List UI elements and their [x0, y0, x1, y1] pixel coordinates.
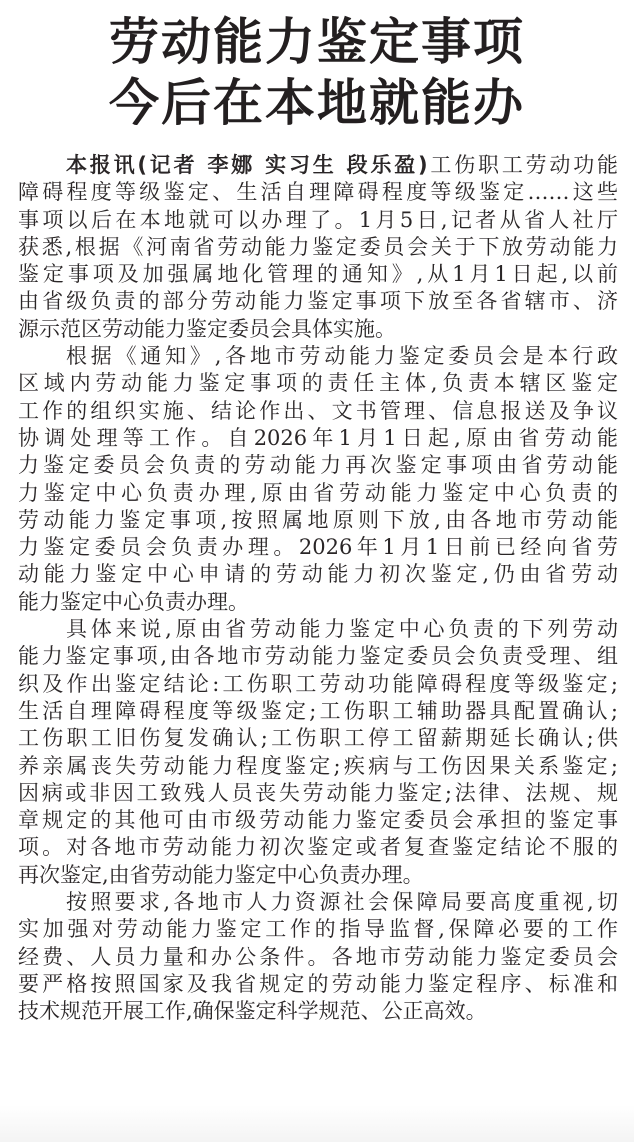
- text-line: 动能力鉴定中心申请的劳动能力初次鉴定,仍由省劳动: [18, 561, 618, 588]
- text-line: 障碍程度等级鉴定、生活自理障碍程度等级鉴定……这些: [18, 179, 618, 206]
- text-line: 因病或非因工致残人员丧失劳动能力鉴定;法律、法规、规: [18, 780, 618, 807]
- text-line: 按照要求,各地市人力资源社会保障局要高度重视,切: [18, 889, 618, 916]
- byline: 本报讯(记者 李娜 实习生 段乐盈): [66, 153, 428, 177]
- text-line: 再次鉴定,由省劳动能力鉴定中心负责办理。: [18, 862, 618, 889]
- text-line: 实加强对劳动能力鉴定工作的指导监督,保障必要的工作: [18, 916, 618, 943]
- text-line: 力鉴定委员会负责的劳动能力再次鉴定事项由省劳动能: [18, 452, 618, 479]
- text-line: 协调处理等工作。自2026年1月1日起,原由省劳动能: [18, 425, 618, 452]
- text-line: 项。对各地市劳动能力初次鉴定或者复查鉴定结论不服的: [18, 834, 618, 861]
- text-line: 技术规范开展工作,确保鉴定科学规范、公正高效。: [18, 998, 618, 1025]
- text-line: 根据《通知》,各地市劳动能力鉴定委员会是本行政: [18, 343, 618, 370]
- text-line: 章规定的其他可由市级劳动能力鉴定委员会承担的鉴定事: [18, 807, 618, 834]
- text-line: 劳动能力鉴定事项,按照属地原则下放,由各地市劳动能: [18, 507, 618, 534]
- text-line: 养亲属丧失劳动能力程度鉴定;疾病与工伤因果关系鉴定;: [18, 753, 618, 780]
- headline: 劳动能力鉴定事项 今后在本地就能办: [0, 12, 634, 134]
- text-line: 区域内劳动能力鉴定事项的责任主体,负责本辖区鉴定: [18, 370, 618, 397]
- text-line: 能力鉴定中心负责办理。: [18, 589, 618, 616]
- headline-line-2: 今后在本地就能办: [0, 73, 634, 134]
- text-line: 由省级负责的部分劳动能力鉴定事项下放至各省辖市、济: [18, 288, 618, 315]
- text-line: 力鉴定中心负责办理,原由省劳动能力鉴定中心负责的: [18, 480, 618, 507]
- paragraph-2: 根据《通知》,各地市劳动能力鉴定委员会是本行政 区域内劳动能力鉴定事项的责任主体…: [18, 343, 618, 616]
- text-line: 源示范区劳动能力鉴定委员会具体实施。: [18, 316, 618, 343]
- newspaper-article: 劳动能力鉴定事项 今后在本地就能办 本报讯(记者 李娜 实习生 段乐盈)工伤职工…: [0, 0, 634, 1142]
- paragraph-3: 具体来说,原由省劳动能力鉴定中心负责的下列劳动 能力鉴定事项,由各地市劳动能力鉴…: [18, 616, 618, 889]
- paragraph-1: 本报讯(记者 李娜 实习生 段乐盈)工伤职工劳动功能 障碍程度等级鉴定、生活自理…: [18, 152, 618, 343]
- text-line: 生活自理障碍程度等级鉴定;工伤职工辅助器具配置确认;: [18, 698, 618, 725]
- text-line: 力鉴定委员会负责办理。2026年1月1日前已经向省劳: [18, 534, 618, 561]
- text-line: 工伤职工旧伤复发确认;工伤职工停工留薪期延长确认;供: [18, 725, 618, 752]
- text-line: 能力鉴定事项,由各地市劳动能力鉴定委员会负责受理、组: [18, 643, 618, 670]
- text-line: 鉴定事项及加强属地化管理的通知》,从1月1日起,以前: [18, 261, 618, 288]
- text-line: 具体来说,原由省劳动能力鉴定中心负责的下列劳动: [18, 616, 618, 643]
- text-line: 工作的组织实施、结论作出、文书管理、信息报送及争议: [18, 398, 618, 425]
- paragraph-4: 按照要求,各地市人力资源社会保障局要高度重视,切 实加强对劳动能力鉴定工作的指导…: [18, 889, 618, 1025]
- text-line: 织及作出鉴定结论:工伤职工劳动功能障碍程度等级鉴定;: [18, 671, 618, 698]
- text-line: 要严格按照国家及我省规定的劳动能力鉴定程序、标准和: [18, 971, 618, 998]
- text-line: 事项以后在本地就可以办理了。1月5日,记者从省人社厅: [18, 207, 618, 234]
- text-line: 获悉,根据《河南省劳动能力鉴定委员会关于下放劳动能力: [18, 234, 618, 261]
- article-body: 本报讯(记者 李娜 实习生 段乐盈)工伤职工劳动功能 障碍程度等级鉴定、生活自理…: [18, 152, 618, 1026]
- byline-line: 本报讯(记者 李娜 实习生 段乐盈)工伤职工劳动功能: [18, 152, 618, 179]
- headline-line-1: 劳动能力鉴定事项: [0, 12, 634, 73]
- text-line: 经费、人员力量和办公条件。各地市劳动能力鉴定委员会: [18, 944, 618, 971]
- byline-rest: 工伤职工劳动功能: [428, 153, 618, 177]
